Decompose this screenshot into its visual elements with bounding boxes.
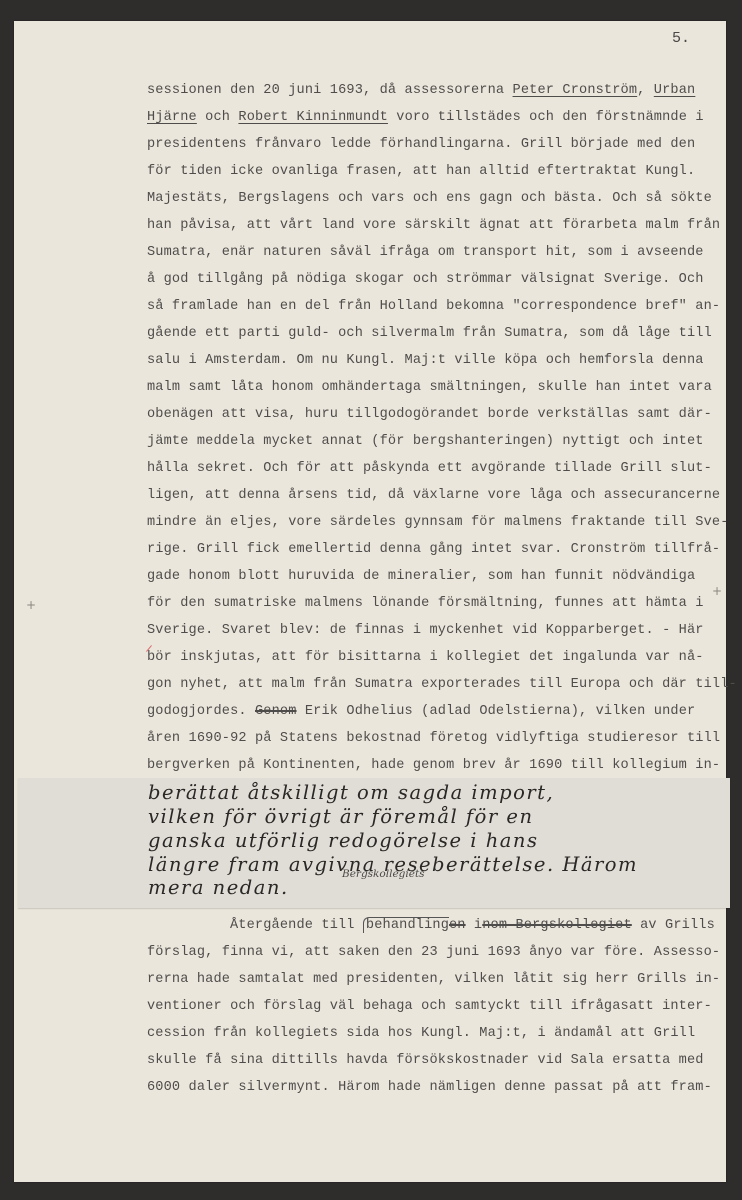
- text-line: presidentens frånvaro ledde förhandlinga…: [147, 137, 695, 153]
- text-line: Återgående till behandlingen inom Bergsk…: [230, 918, 715, 934]
- text-line: jämte meddela mycket annat (för bergshan…: [147, 434, 704, 450]
- text-line: bergverken på Kontinenten, hade genom br…: [147, 758, 720, 774]
- handwritten-line: ganska utförlig redogörelse i hans: [148, 830, 538, 852]
- text-line: cession från kollegiets sida hos Kungl. …: [147, 1026, 695, 1042]
- text-line: Majestäts, Bergslagens och vars och ens …: [147, 191, 712, 207]
- text-line: salu i Amsterdam. Om nu Kungl. Maj:t vil…: [147, 353, 704, 369]
- handwritten-line: berättat åtskilligt om sagda import,: [148, 782, 554, 804]
- text-line: så framlade han en del från Holland beko…: [147, 299, 720, 315]
- text-line: rerna hade samtalat med presidenten, vil…: [147, 972, 720, 988]
- registration-mark-right: +: [712, 584, 722, 598]
- text-line: Sverige. Svaret blev: de finnas i mycken…: [147, 623, 704, 639]
- text-line: mindre än eljes, vore särdeles gynnsam f…: [147, 515, 729, 531]
- name-underlined: Robert Kinninmundt: [238, 110, 388, 125]
- text-line: han påvisa, att vårt land vore särskilt …: [147, 218, 720, 234]
- handwritten-line: vilken för övrigt är föremål för en: [148, 806, 534, 828]
- text-line: malm samt låta honom omhändertaga smältn…: [147, 380, 712, 396]
- text-line: åren 1690-92 på Statens bekostnad företo…: [147, 731, 720, 747]
- text-line: skulle få sina dittills havda försökskos…: [147, 1053, 704, 1069]
- text-line: förslag, finna vi, att saken den 23 juni…: [147, 945, 720, 961]
- text-line: för tiden icke ovanliga frasen, att han …: [147, 164, 695, 180]
- handwritten-insertion: Bergskollegiets: [342, 868, 425, 880]
- text-line: gående ett parti guld- och silvermalm fr…: [147, 326, 712, 342]
- text-line: gade honom blott huruvida de mineralier,…: [147, 569, 695, 585]
- text-line: ligen, att denna årsens tid, då växlarne…: [147, 488, 720, 504]
- text-line: Hjärne och Robert Kinninmundt voro tills…: [147, 110, 704, 126]
- text-line: godogjordes. Genom Erik Odhelius (adlad …: [147, 704, 695, 720]
- text-line: gon nyhet, att malm från Sumatra exporte…: [147, 677, 737, 693]
- name-underlined: Urban: [654, 83, 696, 98]
- text-line: å god tillgång på nödiga skogar och strö…: [147, 272, 704, 288]
- text-line: hålla sekret. Och för att påskynda ett a…: [147, 461, 712, 477]
- text-line: rige. Grill fick emellertid denna gång i…: [147, 542, 720, 558]
- page-number: 5.: [672, 30, 690, 47]
- registration-mark-left: +: [26, 598, 36, 612]
- text-line: Sumatra, enär naturen såväl ifråga om tr…: [147, 245, 704, 261]
- name-underlined: Hjärne: [147, 110, 197, 125]
- text-line: 6000 daler silvermynt. Härom hade nämlig…: [147, 1080, 712, 1096]
- text-line: ventioner och förslag väl behaga och sam…: [147, 999, 712, 1015]
- text-line: för den sumatriske malmens lönande försm…: [147, 596, 704, 612]
- text-line: obenägen att visa, huru tillgodogörandet…: [147, 407, 712, 423]
- name-underlined: Peter Cronström: [513, 83, 638, 98]
- text-line: sessionen den 20 juni 1693, då assessore…: [147, 83, 695, 99]
- text-line: bör inskjutas, att för bisittarna i koll…: [147, 650, 704, 666]
- struck-word: Genom: [255, 704, 297, 719]
- handwritten-line: mera nedan.: [148, 877, 289, 899]
